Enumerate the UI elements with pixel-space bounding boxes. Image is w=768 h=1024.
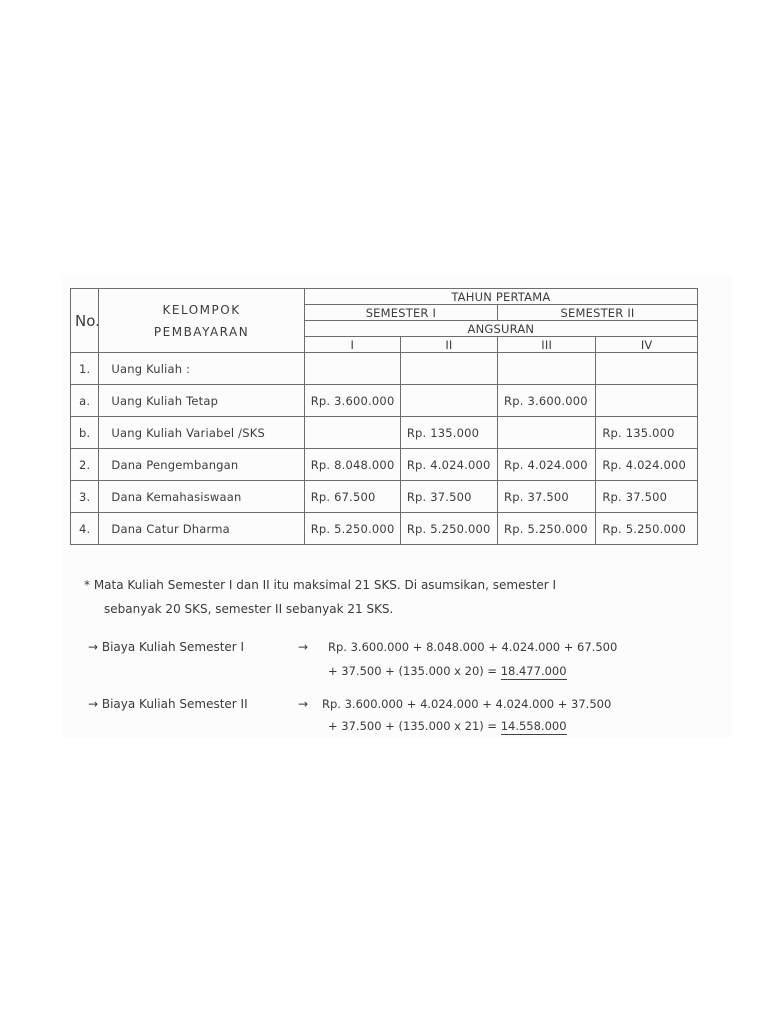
cell-installment-3: Rp. 5.250.000 [498,513,596,545]
cell-installment-4: Rp. 37.500 [596,481,698,513]
cell-installment-1 [304,417,400,449]
calc-expr-line1: Rp. 3.600.000 + 4.024.000 + 4.024.000 + … [322,697,611,711]
cell-installment-2: Rp. 5.250.000 [400,513,497,545]
cell-installment-2 [400,385,497,417]
row-label: Uang Kuliah Tetap [99,385,304,417]
row-number: a. [71,385,99,417]
calc-label: → Biaya Kuliah Semester I [88,640,244,654]
fee-table: No. KELOMPOK PEMBAYARAN TAHUN PERTAMA SE… [70,288,698,545]
header-semester-1: SEMESTER I [304,305,497,321]
header-installment-2: II [400,337,497,353]
cell-installment-3 [498,417,596,449]
calc-expr-line2: + 37.500 + (135.000 x 20) = 18.477.000 [328,664,567,678]
arrow-right-icon: → [298,697,308,711]
calc-result: 18.477.000 [501,664,567,680]
cell-installment-4 [596,353,698,385]
row-number: 1. [71,353,99,385]
header-installment-1: I [304,337,400,353]
header-semester-2: SEMESTER II [498,305,698,321]
note-line-2: sebanyak 20 SKS, semester II sebanyak 21… [104,602,393,616]
cell-installment-4: Rp. 5.250.000 [596,513,698,545]
cell-installment-1 [304,353,400,385]
row-number: 4. [71,513,99,545]
cell-installment-1: Rp. 5.250.000 [304,513,400,545]
cell-installment-2: Rp. 37.500 [400,481,497,513]
row-label: Uang Kuliah : [99,353,304,385]
row-number: 3. [71,481,99,513]
calc-expr-line2-text: + 37.500 + (135.000 x 20) = [328,664,497,678]
calc-expr-line1: Rp. 3.600.000 + 8.048.000 + 4.024.000 + … [328,640,617,654]
header-group-line1: KELOMPOK [103,299,299,321]
table-row: 4.Dana Catur DharmaRp. 5.250.000Rp. 5.25… [71,513,698,545]
calc-expr-line2: + 37.500 + (135.000 x 21) = 14.558.000 [328,719,567,733]
header-installment-4: IV [596,337,698,353]
cell-installment-3: Rp. 4.024.000 [498,449,596,481]
calc-expr-line2-text: + 37.500 + (135.000 x 21) = [328,719,497,733]
cell-installment-1: Rp. 3.600.000 [304,385,400,417]
table-row: a.Uang Kuliah TetapRp. 3.600.000Rp. 3.60… [71,385,698,417]
cell-installment-4: Rp. 135.000 [596,417,698,449]
cell-installment-3: Rp. 37.500 [498,481,596,513]
cell-installment-1: Rp. 67.500 [304,481,400,513]
header-no: No. [71,289,99,353]
table-row: b.Uang Kuliah Variabel /SKSRp. 135.000Rp… [71,417,698,449]
table-body: 1.Uang Kuliah :a.Uang Kuliah TetapRp. 3.… [71,353,698,545]
note-line-1: * Mata Kuliah Semester I dan II itu maks… [84,578,556,592]
table-row: 2.Dana PengembanganRp. 8.048.000Rp. 4.02… [71,449,698,481]
cell-installment-2 [400,353,497,385]
arrow-right-icon: → [298,640,308,654]
header-group-line2: PEMBAYARAN [103,321,299,343]
cell-installment-3 [498,353,596,385]
cell-installment-2: Rp. 4.024.000 [400,449,497,481]
table-row: 3.Dana KemahasiswaanRp. 67.500Rp. 37.500… [71,481,698,513]
row-label: Uang Kuliah Variabel /SKS [99,417,304,449]
cell-installment-1: Rp. 8.048.000 [304,449,400,481]
table-row: 1.Uang Kuliah : [71,353,698,385]
cell-installment-4: Rp. 4.024.000 [596,449,698,481]
row-label: Dana Pengembangan [99,449,304,481]
cell-installment-2: Rp. 135.000 [400,417,497,449]
header-installment: ANGSURAN [304,321,697,337]
header-year: TAHUN PERTAMA [304,289,697,305]
cell-installment-4 [596,385,698,417]
cell-installment-3: Rp. 3.600.000 [498,385,596,417]
row-number: 2. [71,449,99,481]
header-installment-3: III [498,337,596,353]
calc-result: 14.558.000 [501,719,567,735]
calc-label: → Biaya Kuliah Semester II [88,697,248,711]
row-label: Dana Kemahasiswaan [99,481,304,513]
row-number: b. [71,417,99,449]
row-label: Dana Catur Dharma [99,513,304,545]
header-group: KELOMPOK PEMBAYARAN [99,289,304,353]
